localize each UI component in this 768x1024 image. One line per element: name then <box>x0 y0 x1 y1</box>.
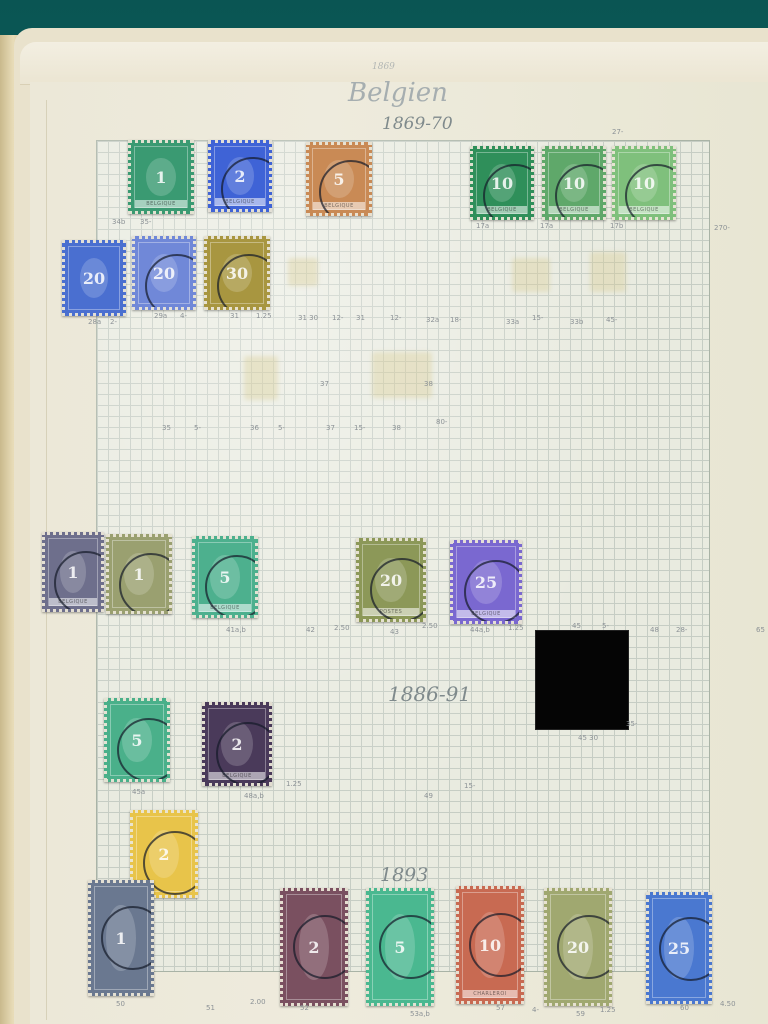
hinge-stain <box>288 258 318 286</box>
pencil-price-note: 28- <box>676 626 687 634</box>
pencil-price-note: 32a <box>426 316 439 324</box>
pencil-price-note: 33a <box>506 318 519 326</box>
section-heading-1886: 1886-91 <box>388 682 471 706</box>
stamp: 10CHARLEROI <box>456 886 524 1004</box>
pencil-price-note: 44a,b <box>470 626 490 634</box>
pencil-price-note: 31 <box>230 312 239 320</box>
pencil-price-note: 52 <box>300 1004 309 1012</box>
pencil-price-note: 2.00 <box>250 998 266 1006</box>
pencil-price-note: 4.50 <box>720 1000 736 1008</box>
stamp: 1BELGIQUE <box>128 140 194 214</box>
pencil-price-note: 38 <box>424 380 433 388</box>
stamp: 25BELGIQUE <box>450 540 522 624</box>
postmark-icon <box>469 913 524 977</box>
hinge-stain <box>590 252 626 292</box>
pencil-price-note: 5- <box>278 424 285 432</box>
pencil-price-note: 17a <box>476 222 489 230</box>
pencil-price-note: 17b <box>610 222 623 230</box>
pencil-price-note: 51 <box>206 1004 215 1012</box>
stamp: 2BELGIQUE <box>208 140 272 212</box>
postmark-icon <box>464 560 522 624</box>
postmark-icon <box>54 551 104 612</box>
stamp: 20 <box>544 888 612 1006</box>
pencil-price-note: 2- <box>110 318 117 326</box>
postmark-icon <box>379 915 434 979</box>
pencil-price-note: 45a <box>132 788 145 796</box>
pencil-price-note: 12- <box>332 314 343 322</box>
postmark-icon <box>205 555 258 618</box>
stamp: 1 <box>106 534 172 614</box>
stamp: 20 <box>132 236 196 310</box>
stamp: 5 <box>104 698 170 782</box>
pencil-price-note: 38 <box>392 424 401 432</box>
pencil-price-note: 28a <box>88 318 101 326</box>
stamp: 25 <box>646 892 712 1004</box>
hinge-stain <box>244 356 278 400</box>
stamp-design: 1 <box>134 146 188 208</box>
black-rectangle <box>535 630 629 730</box>
stamp: 1 <box>88 880 154 996</box>
postmark-icon <box>557 915 612 979</box>
pencil-price-note: 65 <box>756 626 765 634</box>
pencil-price-note: 34b <box>112 218 125 226</box>
pencil-price-note: 80- <box>436 418 447 426</box>
pencil-price-note: 2.50 <box>334 624 350 632</box>
stamp: 5BELGIQUE <box>306 142 372 216</box>
pencil-price-note: 31 <box>356 314 365 322</box>
hinge-stain <box>512 258 550 292</box>
pencil-price-note: 35 <box>162 424 171 432</box>
section-heading-1893: 1893 <box>380 864 428 886</box>
stamp: 10BELGIQUE <box>542 146 606 220</box>
pencil-price-note: 37 <box>320 380 329 388</box>
pencil-price-note: 4- <box>180 312 187 320</box>
pencil-price-note: 18- <box>450 316 461 324</box>
pencil-price-note: 31 30 <box>298 314 318 322</box>
stamp-label: CHARLEROI <box>463 990 517 998</box>
stamp-design: 20 <box>68 246 120 310</box>
portrait-icon <box>80 258 108 298</box>
postmark-icon <box>119 553 172 614</box>
stamp: 20 <box>62 240 126 316</box>
pencil-price-note: 43 <box>390 628 399 636</box>
stamp: 5BELGIQUE <box>192 536 258 618</box>
pencil-price-note: 5- <box>194 424 201 432</box>
portrait-icon <box>146 158 175 196</box>
stamp: 20POSTES <box>356 538 426 622</box>
pencil-price-note: 48 <box>650 626 659 634</box>
pencil-price-note: 17a <box>540 222 553 230</box>
pencil-price-note: 42 <box>306 626 315 634</box>
stamp: 2 <box>280 888 348 1006</box>
pencil-price-note: 59 <box>576 1010 585 1018</box>
pencil-price-note: 41a,b <box>226 626 246 634</box>
pencil-price-note: 45- <box>606 316 617 324</box>
pencil-price-note: 27- <box>612 128 623 136</box>
pencil-price-note: 4- <box>532 1006 539 1014</box>
pencil-price-note: 5- <box>602 622 609 630</box>
pencil-price-note: 49 <box>424 792 433 800</box>
pencil-price-note: 1.25 <box>256 312 272 320</box>
pencil-price-note: 45 <box>572 622 581 630</box>
pencil-price-note: 37 <box>326 424 335 432</box>
section-heading-1869: 1869-70 <box>382 114 453 134</box>
pencil-price-note: 57 <box>496 1004 505 1012</box>
postmark-icon <box>216 722 273 786</box>
stamp: 10BELGIQUE <box>612 146 676 220</box>
stamp: 2BELGIQUE <box>202 702 272 786</box>
pencil-price-note: 35- <box>140 218 151 226</box>
postmark-icon <box>293 915 348 979</box>
pencil-price-note: 12- <box>390 314 401 322</box>
pencil-price-note: 45 30 <box>578 734 598 742</box>
pencil-price-note: 1.25 <box>600 1006 616 1014</box>
pencil-price-note: 15- <box>532 314 543 322</box>
pencil-price-note: 36 <box>250 424 259 432</box>
pencil-price-note: 1.25 <box>508 624 524 632</box>
pencil-price-note: 29a <box>154 312 167 320</box>
country-heading: Belgien <box>348 78 448 108</box>
pencil-price-note: 60 <box>680 1004 689 1012</box>
pencil-price-note: 48a,b <box>244 792 264 800</box>
postmark-icon <box>370 558 427 622</box>
pencil-price-note: 35- <box>626 720 637 728</box>
pencil-price-note: 2.50 <box>422 622 438 630</box>
stamp: 30 <box>204 236 270 310</box>
pencil-price-note: 15- <box>464 782 475 790</box>
hinge-stain <box>372 352 432 398</box>
pencil-price-note: 1.25 <box>286 780 302 788</box>
pencil-price-note: 15- <box>354 424 365 432</box>
pencil-price-note: 53a,b <box>410 1010 430 1018</box>
pencil-price-note: 33b <box>570 318 583 326</box>
stamp-label: BELGIQUE <box>135 200 187 208</box>
stamp: 5 <box>366 888 434 1006</box>
stamp: 1BELGIQUE <box>42 532 104 612</box>
stamp: 10BELGIQUE <box>470 146 534 220</box>
pencil-price-note: 50 <box>116 1000 125 1008</box>
faint-year-pencil: 1869 <box>372 62 395 72</box>
pencil-price-note: 270- <box>714 224 730 232</box>
